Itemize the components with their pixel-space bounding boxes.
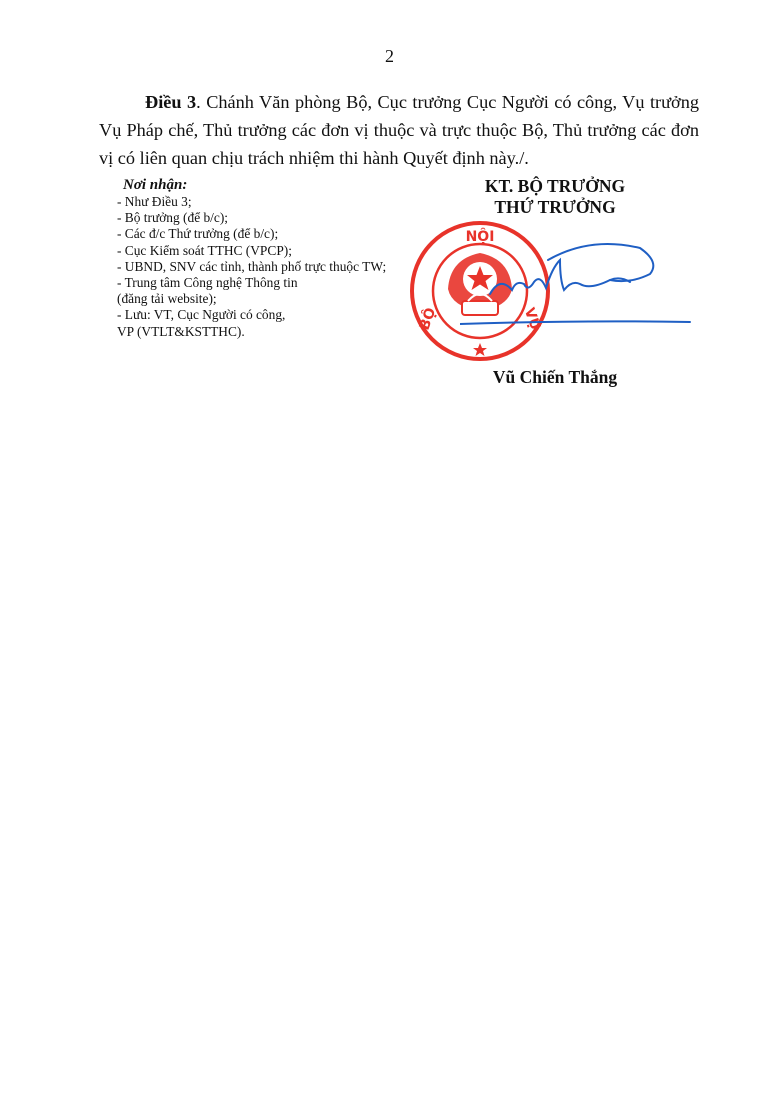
recipient-item: (đăng tải website); (117, 291, 386, 307)
recipients-list: Nơi nhận: - Như Điều 3;- Bộ trưởng (để b… (117, 176, 386, 340)
signature-title: KT. BỘ TRƯỞNG THỨ TRƯỞNG (430, 176, 680, 218)
signer-name: Vũ Chiến Thắng (430, 367, 680, 388)
recipient-item: - Như Điều 3; (117, 194, 386, 210)
article-label: Điều 3 (145, 92, 196, 112)
handwritten-signature-icon (460, 232, 700, 332)
recipient-item: - UBND, SNV các tỉnh, thành phố trực thu… (117, 259, 386, 275)
recipient-item: - Các đ/c Thứ trưởng (để b/c); (117, 226, 386, 242)
recipient-item: VP (VTLT&KSTTHC). (117, 324, 386, 340)
recipients-title: Nơi nhận: (123, 176, 386, 194)
recipient-item: - Cục Kiểm soát TTHC (VPCP); (117, 243, 386, 259)
recipient-item: - Lưu: VT, Cục Người có công, (117, 307, 386, 323)
signature-title-line1: KT. BỘ TRƯỞNG (430, 176, 680, 197)
recipient-item: - Bộ trưởng (để b/c); (117, 210, 386, 226)
article-3: Điều 3. Chánh Văn phòng Bộ, Cục trưởng C… (99, 88, 699, 172)
page-number: 2 (0, 46, 779, 67)
signature-title-line2: THỨ TRƯỞNG (430, 197, 680, 218)
recipient-item: - Trung tâm Công nghệ Thông tin (117, 275, 386, 291)
